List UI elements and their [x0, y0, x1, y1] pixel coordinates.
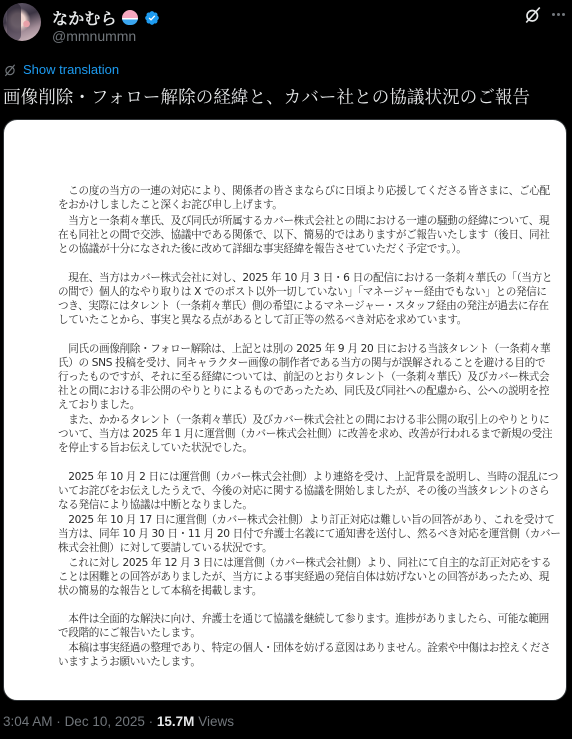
document-line: 現在、当方はカバー株式会社に対し、2025 年 10 月 3 日・6 日の配信に…: [58, 271, 552, 285]
document-line: 同氏の画像削除・フォロー解除は、上記とは別の 2025 年 9 月 20 日にお…: [58, 342, 550, 356]
document-line: 在も同社との間で交渉、協議中である関係で、以下、簡易的ではありますがご報告いたし…: [58, 228, 549, 242]
document-line: していたことから、事実と異なる点があるとして訂正等の然るべき対応を求めています。: [58, 313, 467, 327]
translate-icon: [3, 63, 17, 77]
shaved-ice-emoji-icon: [122, 10, 138, 25]
show-translation-link[interactable]: Show translation: [23, 62, 119, 77]
document-line: この度の当方の一連の対応により、関係者の皆さまならびに日頃より応援してくださる皆…: [58, 184, 550, 198]
views-label: Views: [198, 714, 234, 729]
author-name-row: なかむら: [52, 6, 160, 29]
document-line: 社との間における非公開のやりとりによるものであったため、同氏及び同社への配慮から…: [58, 384, 549, 398]
document-line: なる発信により協議は中断となりました。: [58, 498, 253, 512]
document-line: いてお詫びをお伝えしたうえで、今後の対応に関する協議を開始しましたが、その後の当…: [58, 484, 549, 498]
document-line: 状の簡易的な報告として本稿を掲載します。: [58, 584, 262, 598]
tweet-text: 画像削除・フォロー解除の経緯と、カバー社との協議状況のご報告: [3, 84, 530, 109]
document-line: との協議が十分になされた後に改めて詳細な事実経緯を報告させていただく予定です。）…: [58, 242, 467, 256]
tweet-date[interactable]: Dec 10, 2025: [65, 714, 145, 729]
meta-separator: ·: [149, 714, 154, 729]
document-line: を停止する旨お伝えしていた状況でした。: [58, 441, 253, 455]
more-options-icon[interactable]: [552, 13, 565, 16]
document-line: 行ったものですが、それに至る経緯については、前記のとおりタレント（一条莉々華氏）…: [58, 370, 549, 384]
document-line: つき、実際にはタレント（一条莉々華氏）側の希望によるマネージャー・スタッフ経由の…: [58, 299, 549, 313]
views-count: 15.7M: [157, 714, 195, 729]
grok-icon[interactable]: [524, 6, 542, 24]
document-line: いますようお願いいたします。: [58, 655, 201, 669]
document-line: の間で）個人的なやり取りは X でのポスト以外一切していない」「マネージャー経由…: [58, 285, 547, 299]
document-line: 2025 年 10 月 2 日には運営側（カバー株式会社側）より連絡を受け、上記…: [58, 470, 558, 484]
tweet-time[interactable]: 3:04 AM: [3, 714, 53, 729]
document-line: えておりました。: [58, 398, 140, 412]
tweet-meta: 3:04 AM · Dec 10, 2025 · 15.7M Views: [3, 714, 234, 729]
document-line: 当方は、同年 10 月 30 日・11 月 20 日付で弁護士名義にて通知書を送…: [58, 527, 560, 541]
show-translation-row[interactable]: Show translation: [3, 62, 119, 77]
document-line: 本件は全面的な解決に向け、弁護士を通じて協議を継続して参ります。進捗がありました…: [58, 612, 549, 626]
attached-image[interactable]: この度の当方の一連の対応により、関係者の皆さまならびに日頃より応援してくださる皆…: [3, 119, 567, 701]
document-line: で段階的にご報告いたします。: [58, 626, 201, 640]
document-line: これに対し 2025 年 12 月 3 日には運営側（カバー株式会社側）より、同…: [58, 556, 551, 570]
meta-separator: ·: [56, 714, 61, 729]
display-name[interactable]: なかむら: [52, 6, 117, 29]
document-line: また、かかるタレント（一条莉々華氏）及びカバー株式会社との間における非公開の取引…: [58, 413, 549, 427]
document-line: 氏）の SNS 投稿を受け、同キャラクター画像の制作者である当方の関与が誤解され…: [58, 356, 545, 370]
author-handle[interactable]: @mmnummn: [52, 28, 136, 44]
document-line: ついて、当方は 2025 年 1 月に運営側（カバー株式会社側）に改善を求め、改…: [58, 427, 552, 441]
document-line: 株式会社側）に対して要請している状況です。: [58, 541, 272, 555]
document-line: 2025 年 10 月 17 日に運営側（カバー株式会社側）より訂正対応は難しい…: [58, 513, 554, 527]
document-line: 当方と一条莉々華氏、及び同氏が所属するカバー株式会社との間における一連の騒動の経…: [58, 214, 549, 228]
document-line: 本稿は事実経過の整理であり、特定の個人・団体を妨げる意図はありません。詮索や中傷…: [58, 641, 550, 655]
document-line: をおかけしましたこと深くお詫び申し上げます。: [58, 198, 283, 212]
avatar[interactable]: [3, 3, 41, 41]
document-line: ことは困難との回答がありましたが、当方による事実経過の発信自体は妨げないとの回答…: [58, 570, 549, 584]
verified-badge-icon: [144, 10, 160, 26]
